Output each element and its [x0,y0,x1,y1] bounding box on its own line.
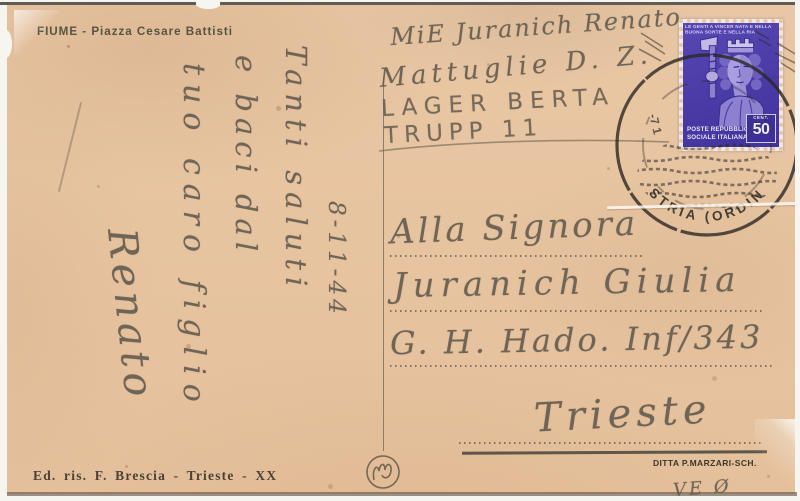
address-rule-bottom [462,450,767,454]
publisher-monogram-icon [362,451,404,493]
message-block: 8-11-44 Tanti saluti e baci dal tuo caro… [42,33,352,458]
address-rule-2 [390,310,762,312]
message-line-1: Tanti saluti [275,45,317,458]
address-line-2: Juranich Giulia [393,260,742,306]
printer-imprint: DITTA P.MARZARI-SCH. [653,458,757,468]
address-line-4: Trieste [533,386,713,441]
address-rule-4 [459,442,764,444]
postcard-back: FIUME - Piazza Cesare Battisti MiE Juran… [7,5,795,494]
postmark-date-fragment: -7 1 [646,112,665,136]
top-edge-nick [196,0,220,9]
card-bottom-edge-shadow [7,492,797,496]
scan-bottom-margin [0,497,800,501]
address-line-1: Alla Signora [389,204,638,253]
postmark: STRIA (ORDIN -7 1 [605,15,800,247]
postcard-scan: FIUME - Piazza Cesare Battisti MiE Juran… [0,0,800,501]
message-signature: Renato [92,225,168,404]
left-edge-chip [0,30,12,58]
publisher-imprint: Ed. ris. F. Brescia - Trieste - XX [33,468,277,484]
address-line-3: G. H. Hado. Inf/343 [390,318,764,363]
message-line-3: tuo caro figlio [171,63,215,458]
corner-fold-top-left [14,10,60,56]
address-rule-1 [390,255,644,257]
corner-bend-bottom-right [755,419,800,501]
message-date: 8-11-44 [319,201,352,458]
scan-right-margin [795,0,800,501]
address-rule-3 [390,365,775,367]
message-line-2: e baci dal [225,55,267,458]
